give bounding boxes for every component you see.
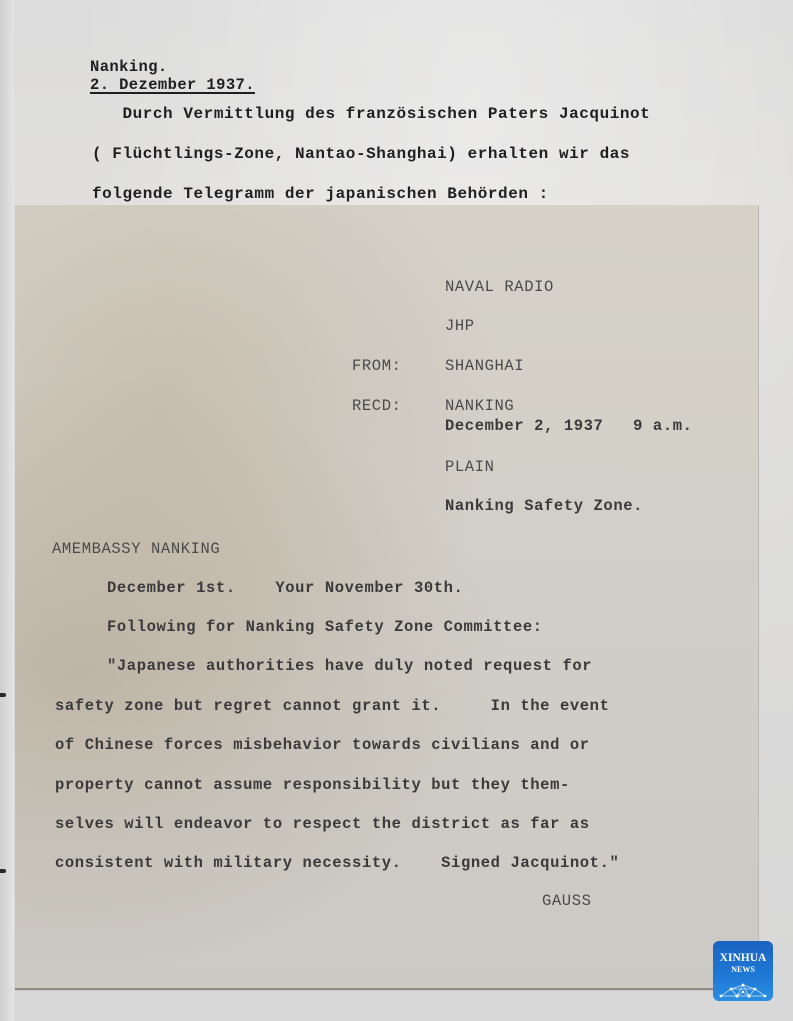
- xinhua-news-logo: XINHUA NEWS: [713, 941, 773, 1001]
- binding-edge: [0, 0, 14, 1021]
- from-label: FROM:: [352, 357, 402, 375]
- recd-datetime: December 2, 1937 9 a.m.: [445, 417, 693, 435]
- telegram-type: PLAIN: [445, 458, 495, 476]
- punch-hole: [0, 693, 6, 697]
- body-line: safety zone but regret cannot grant it. …: [55, 697, 609, 715]
- telegram-subject: Nanking Safety Zone.: [445, 497, 643, 515]
- intro-line: folgende Telegramm der japanischen Behör…: [92, 185, 549, 203]
- addressee: AMEMBASSY NANKING: [52, 540, 220, 558]
- logo-sub: NEWS: [713, 965, 773, 974]
- punch-hole: [0, 869, 6, 873]
- logo-brand: XINHUA: [713, 952, 773, 964]
- header-date: 2. Dezember 1937.: [90, 76, 255, 94]
- signature: GAUSS: [542, 892, 592, 910]
- intro-line: ( Flüchtlings-Zone, Nantao-Shanghai) erh…: [92, 145, 630, 163]
- recd-value: NANKING: [445, 397, 514, 415]
- intro-line: Durch Vermittlung des französischen Pate…: [92, 105, 650, 123]
- telegram-service: NAVAL RADIO: [445, 278, 554, 296]
- from-value: SHANGHAI: [445, 357, 524, 375]
- network-globe-icon: [717, 977, 769, 999]
- body-line: consistent with military necessity. Sign…: [55, 854, 619, 872]
- header-place: Nanking.: [90, 58, 255, 76]
- telegram-sheet: NAVAL RADIO JHP FROM: SHANGHAI RECD: NAN…: [15, 205, 759, 990]
- body-line: property cannot assume responsibility bu…: [55, 776, 570, 794]
- document-header: Nanking. 2. Dezember 1937.: [90, 58, 255, 94]
- body-line: Following for Nanking Safety Zone Commit…: [107, 618, 543, 636]
- body-line: "Japanese authorities have duly noted re…: [107, 657, 592, 675]
- body-line: December 1st. Your November 30th.: [107, 579, 463, 597]
- recd-label: RECD:: [352, 397, 402, 415]
- telegram-code: JHP: [445, 317, 475, 335]
- body-line: of Chinese forces misbehavior towards ci…: [55, 736, 590, 754]
- body-line: selves will endeavor to respect the dist…: [55, 815, 590, 833]
